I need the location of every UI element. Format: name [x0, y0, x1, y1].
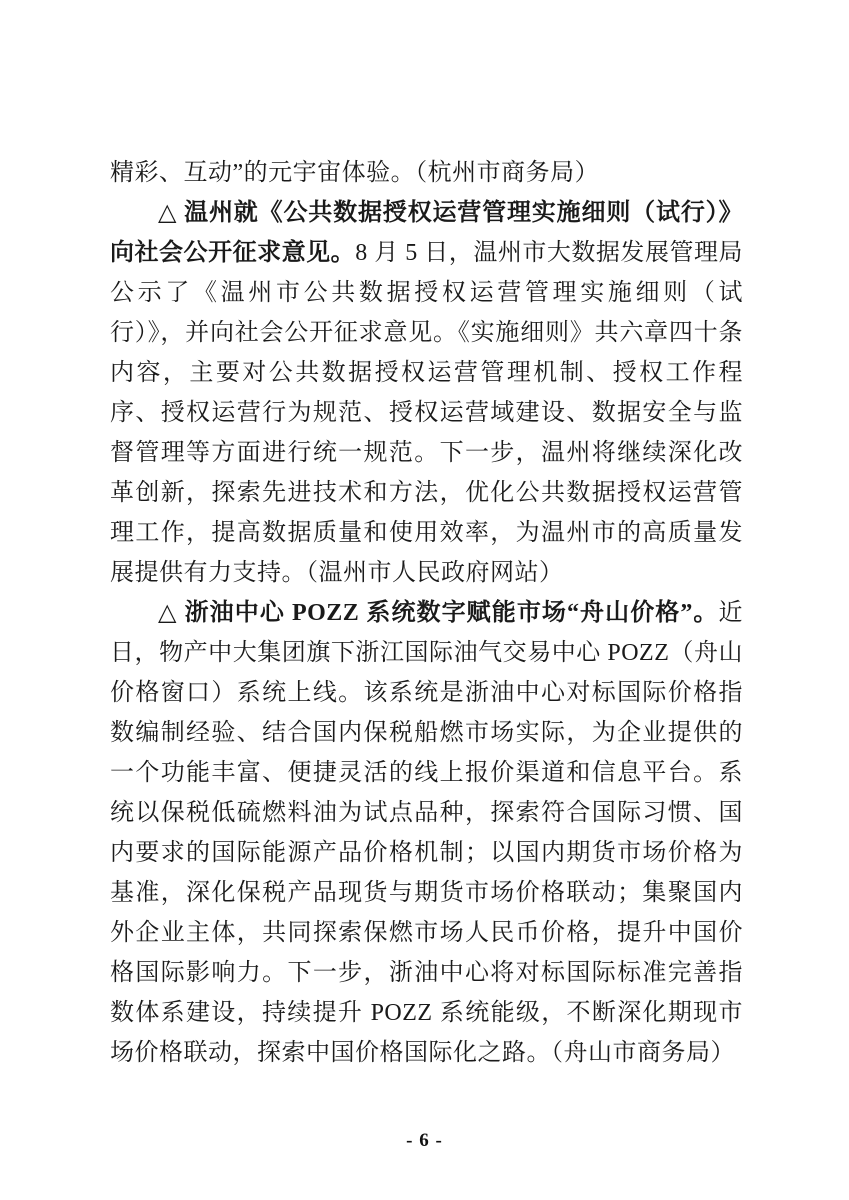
- page-footer: - 6 -: [0, 1131, 849, 1151]
- document-body: 精彩、互动”的元宇宙体验。（杭州市商务局）△ 温州就《公共数据授权运营管理实施细…: [110, 153, 743, 1073]
- body-text: 近日，物产中大集团旗下浙江国际油气交易中心 POZZ（舟山价格窗口）系统上线。该…: [110, 600, 743, 1066]
- page-number: - 6 -: [406, 1130, 443, 1151]
- body-text: 8 月 5 日，温州市大数据发展管理局公示了《温州市公共数据授权运营管理实施细则…: [110, 240, 743, 586]
- paragraph: △ 浙油中心 POZZ 系统数字赋能市场“舟山价格”。近日，物产中大集团旗下浙江…: [110, 593, 743, 1073]
- paragraph: △ 温州就《公共数据授权运营管理实施细则（试行）》向社会公开征求意见。8 月 5…: [110, 193, 743, 593]
- document-page: 精彩、互动”的元宇宙体验。（杭州市商务局）△ 温州就《公共数据授权运营管理实施细…: [0, 0, 849, 1200]
- body-text: 精彩、互动”的元宇宙体验。（杭州市商务局）: [110, 160, 599, 186]
- paragraph: 精彩、互动”的元宇宙体验。（杭州市商务局）: [110, 153, 743, 193]
- section-heading-text: △ 浙油中心 POZZ 系统数字赋能市场“舟山价格”。: [158, 600, 719, 626]
